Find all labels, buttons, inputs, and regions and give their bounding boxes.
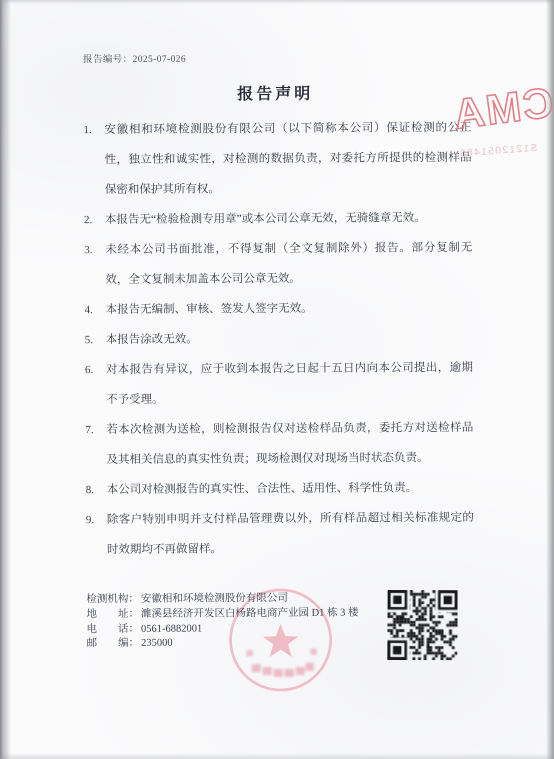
report-number: 报告编号：2025-07-026 [83, 51, 186, 66]
statement-number: 7. [85, 415, 106, 445]
phone-row: 电 话：0561-6882001 [86, 621, 358, 637]
address-label: 地 址 [86, 609, 128, 620]
agency-name: 安徽相和环境检测股份有限公司 [141, 593, 288, 605]
statement-item: 4. 本报告无编制、审核、签发人签字无效。 [84, 293, 472, 325]
statement-text: 本报告涂改无效。 [106, 323, 473, 355]
cma-letters: CMA [449, 78, 554, 138]
postcode-label: 邮 编 [87, 638, 129, 649]
statement-item: 9. 除客户特别申明并支付样品管理费以外，所有样品超过相关标准规定的时效期均不再… [86, 503, 474, 565]
statement-text: 除客户特别申明并支付样品管理费以外，所有样品超过相关标准规定的时效期均不再做留样… [107, 503, 474, 565]
statement-item: 3. 未经本公司书面批准，不得复制（全文复制除外）报告。部分复制无效，全文复制未… [84, 233, 472, 295]
statement-item: 8. 本公司对检测报告的真实性、合法性、适用性、科学性负责。 [86, 473, 474, 505]
label-separator: ： [128, 609, 139, 620]
label-separator: ： [129, 638, 140, 649]
statement-item: 7. 若本次检测为送检，则检测报告仅对送检样品负责，委托方对送检样品及其相关信息… [85, 413, 473, 475]
statement-text: 未经本公司书面批准，不得复制（全文复制除外）报告。部分复制无效，全文复制未加盖本… [105, 233, 472, 295]
agency-info-block: 检测机构：安徽相和环境检测股份有限公司 地 址：濉溪县经济开发区白杨路电商产业园… [86, 592, 358, 653]
statement-item: 6. 对本报告有异议，应于收到本报告之日起十五日内向本公司提出，逾期不予受理。 [85, 353, 473, 415]
scanned-document-page: 报告编号：2025-07-026 报告声明 1. 安徽相和环境检测股份有限公司（… [0, 0, 554, 759]
agency-label: 检测机构 [86, 594, 128, 605]
statement-number: 1. [83, 115, 104, 145]
postcode-row: 邮 编：235000 [87, 636, 359, 652]
address-row: 地 址：濉溪县经济开发区白杨路电商产业园 D1 栋 3 楼 [86, 606, 358, 622]
statement-list: 1. 安徽相和环境检测股份有限公司（以下简称本公司）保证检测的公正性，独立性和诚… [83, 113, 474, 565]
statement-item: 2. 本报告无“检验检测专用章”或本公司公章无效，无骑缝章无效。 [84, 203, 472, 235]
postcode-value: 235000 [141, 638, 173, 649]
phone-label: 电 话 [86, 624, 128, 635]
statement-number: 6. [85, 355, 106, 385]
statement-text: 若本次检测为送检，则检测报告仅对送检样品负责，委托方对送检样品及其相关信息的真实… [106, 413, 473, 475]
scan-edge-top [0, 0, 554, 4]
statement-number: 2. [84, 205, 105, 235]
statement-number: 5. [85, 325, 106, 355]
scan-edge-bottom [0, 753, 554, 759]
statement-number: 9. [86, 505, 107, 535]
scan-edge-right [546, 0, 554, 759]
cma-stamp-bleedthrough: CMA [444, 68, 554, 148]
statement-text: 本报告无编制、审核、签发人签字无效。 [105, 293, 472, 325]
statement-number: 3. [84, 235, 105, 265]
qr-code [387, 590, 457, 660]
address-value: 濉溪县经济开发区白杨路电商产业园 D1 栋 3 楼 [141, 607, 359, 619]
scan-edge-left [0, 0, 11, 759]
statement-text: 安徽相和环境检测股份有限公司（以下简称本公司）保证检测的公正性，独立性和诚实性，… [104, 113, 472, 205]
seal-text-blur [247, 649, 317, 677]
statement-text: 对本报告有异议，应于收到本报告之日起十五日内向本公司提出，逾期不予受理。 [106, 353, 473, 415]
statement-number: 8. [86, 475, 107, 505]
label-separator: ： [128, 594, 139, 605]
statement-text: 本公司对检测报告的真实性、合法性、适用性、科学性负责。 [107, 473, 474, 505]
statement-text: 本报告无“检验检测专用章”或本公司公章无效，无骑缝章无效。 [105, 203, 472, 235]
statement-number: 4. [84, 295, 105, 325]
statement-item: 5. 本报告涂改无效。 [85, 323, 473, 355]
statement-item: 1. 安徽相和环境检测股份有限公司（以下简称本公司）保证检测的公正性，独立性和诚… [83, 113, 472, 205]
document-content: 报告编号：2025-07-026 报告声明 1. 安徽相和环境检测股份有限公司（… [0, 0, 554, 759]
report-number-value: 2025-07-026 [133, 55, 187, 65]
agency-name-row: 检测机构：安徽相和环境检测股份有限公司 [86, 592, 358, 608]
report-number-label: 报告编号： [83, 55, 133, 65]
label-separator: ： [128, 623, 139, 634]
phone-value: 0561-6882001 [141, 623, 202, 634]
